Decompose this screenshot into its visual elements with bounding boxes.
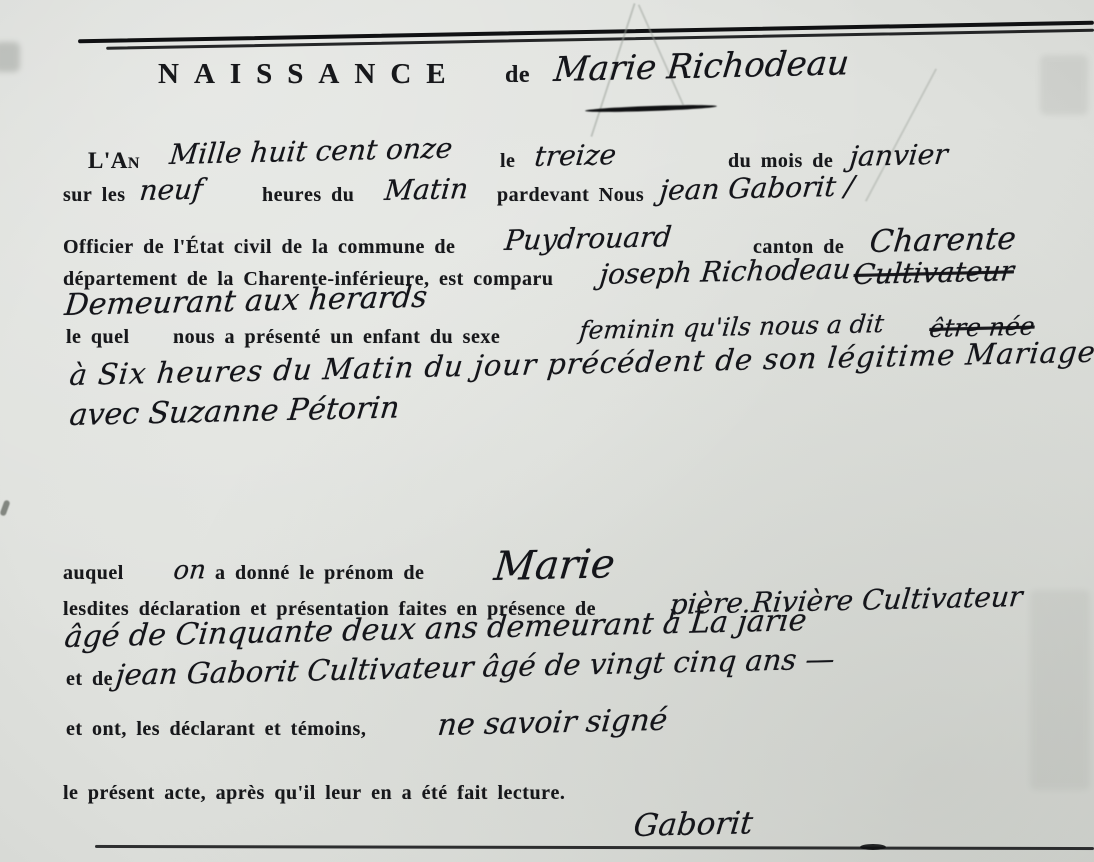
hw-declarant-occupation-struck: Cultivateur [852, 254, 1016, 291]
printed-lan: L'An [88, 148, 140, 174]
bottom-rule-ink-blot [860, 844, 886, 850]
hw-on: on [172, 555, 207, 586]
printed-sur-les: sur les [63, 184, 126, 207]
time-line: sur les neuf heures du Matin pardevant N… [0, 176, 1094, 222]
witness2-line: et de jean Gaborit Cultivateur âgé de vi… [0, 660, 1094, 706]
hw-declarant-name: joseph Richodeau [598, 252, 852, 291]
hw-day: treize [533, 138, 618, 173]
mother-line: avec Suzanne Pétorin [0, 398, 1094, 444]
title-connector: de [505, 62, 530, 89]
title-printed: NAISSANCE [158, 58, 461, 91]
printed-lecture: le présent acte, après qu'il leur en a é… [63, 782, 565, 805]
scanned-birth-record-page: NAISSANCE de Marie Richodeau L'An Mille … [0, 0, 1094, 862]
printed-le: le [500, 150, 515, 173]
title-line: NAISSANCE de Marie Richodeau [0, 52, 1094, 112]
hw-residence: Demeurant aux herards [63, 280, 429, 323]
hw-prenom: Marie [492, 541, 617, 590]
hw-hour: neuf [138, 172, 204, 207]
hw-commune: Puydrouard [503, 220, 673, 257]
hw-year: Mille huit cent onze [168, 131, 454, 171]
margin-ink-mark [0, 499, 11, 516]
printed-heures-du: heures du [262, 184, 354, 207]
title-underline-flourish [585, 104, 717, 114]
title-child-name-handwritten: Marie Richodeau [552, 43, 851, 90]
printed-officier-commune: Officier de l'État civil de la commune d… [63, 236, 455, 259]
hw-ne-savoir-signe: ne savoir signé [436, 703, 669, 743]
top-rule-group [78, 13, 1094, 54]
printed-lequel: le quel [66, 326, 130, 349]
hw-officer-name: jean Gaborit / [658, 170, 856, 207]
printed-et-de: et de [66, 668, 113, 691]
hw-moment: Matin [383, 172, 470, 207]
printed-donne-prenom: a donné le prénom de [215, 562, 424, 585]
officer-signature-handwritten: Gaborit [632, 805, 755, 844]
signing-line: et ont, les déclarant et témoins, ne sav… [0, 710, 1094, 756]
hw-month: janvier [848, 138, 949, 173]
hw-mother-name: avec Suzanne Pétorin [68, 390, 401, 433]
printed-presente-enfant: nous a présenté un enfant du sexe [173, 326, 500, 349]
printed-pardevant-nous: pardevant Nous [497, 184, 644, 207]
printed-declarant-temoins: et ont, les déclarant et témoins, [66, 718, 366, 741]
printed-auquel: auquel [63, 562, 124, 585]
